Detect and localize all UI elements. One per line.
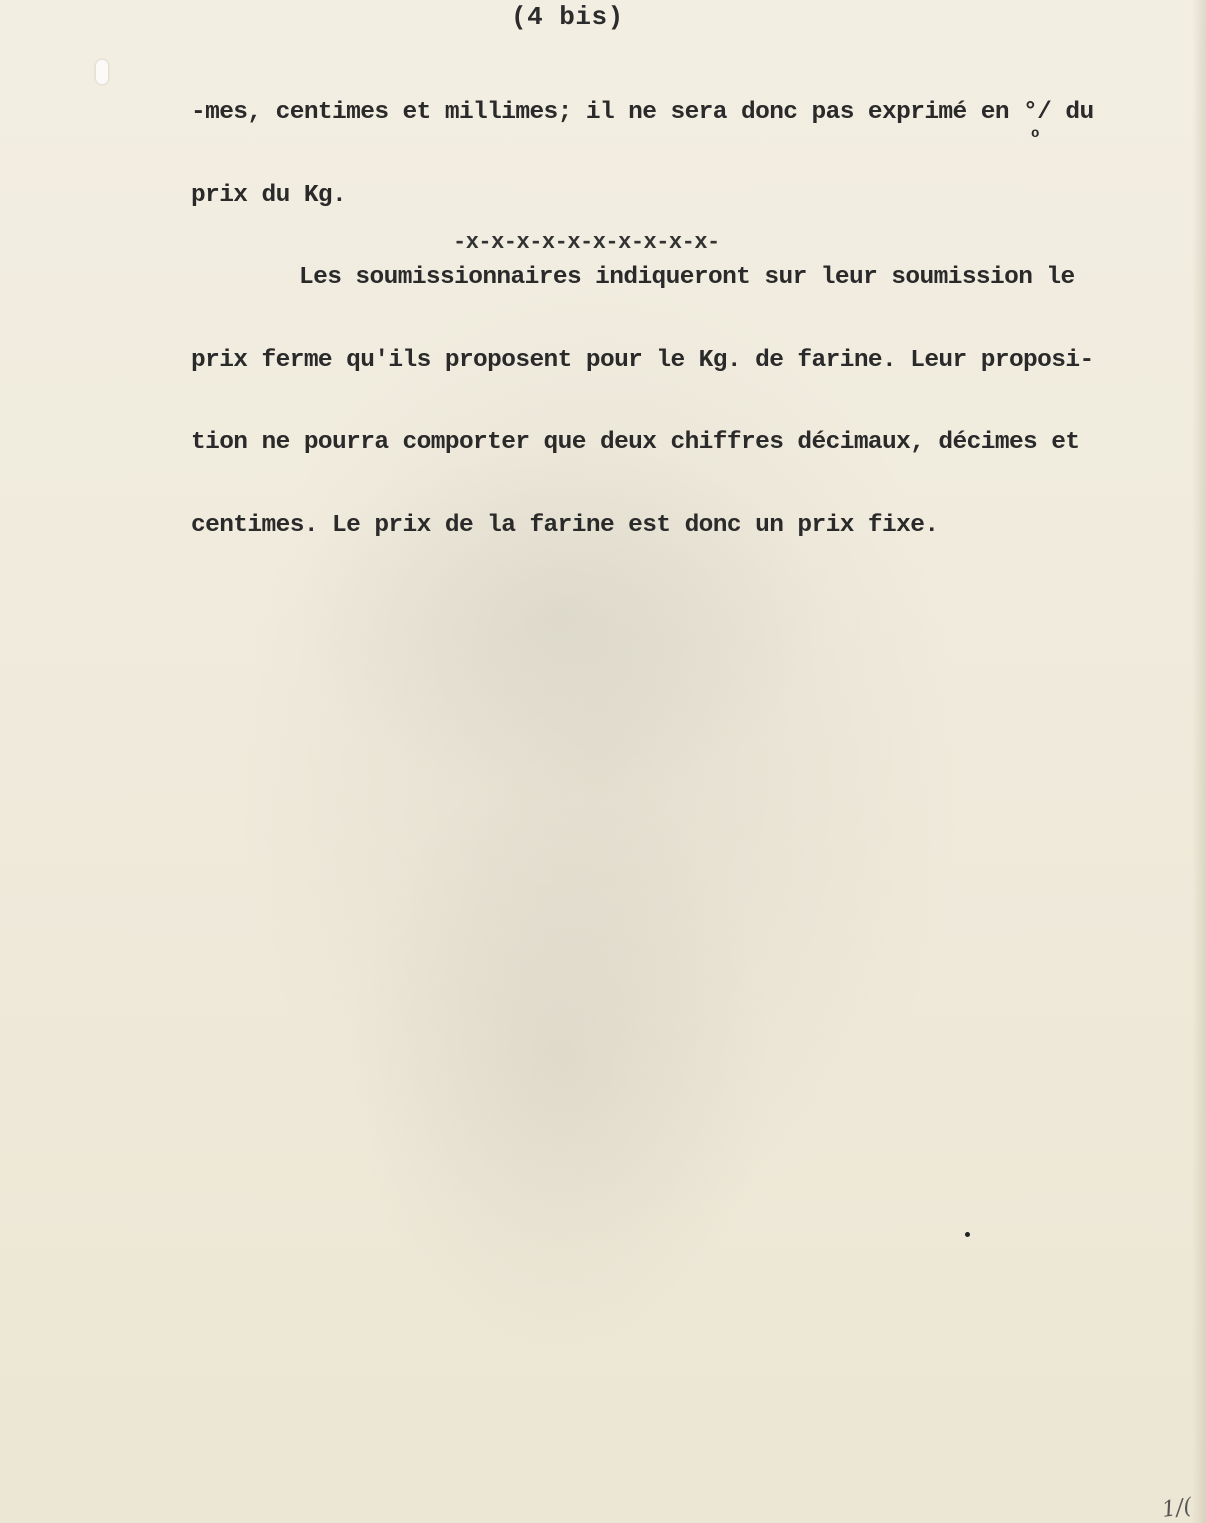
punch-hole (96, 60, 108, 84)
text-line: Les soumissionnaires indiqueront sur leu… (191, 264, 1171, 292)
ink-speck (965, 1232, 970, 1237)
per-mille-sign: °/o (1023, 99, 1051, 127)
margin-annotation: 1/( (1160, 1494, 1193, 1523)
body-text: -mes, centimes et millimes; il ne sera d… (191, 44, 1171, 567)
text-line: prix ferme qu'ils proposent pour le Kg. … (191, 347, 1171, 375)
text-line: prix du Kg. (191, 182, 1171, 210)
text-line: centimes. Le prix de la farine est donc … (191, 512, 1171, 540)
section-separator: -x-x-x-x-x-x-x-x-x-x- (453, 230, 720, 255)
paper-edge (1192, 0, 1206, 1523)
text-line: -mes, centimes et millimes; il ne sera d… (191, 99, 1171, 127)
page-number: (4 bis) (511, 2, 624, 32)
text-line: tion ne pourra comporter que deux chiffr… (191, 429, 1171, 457)
